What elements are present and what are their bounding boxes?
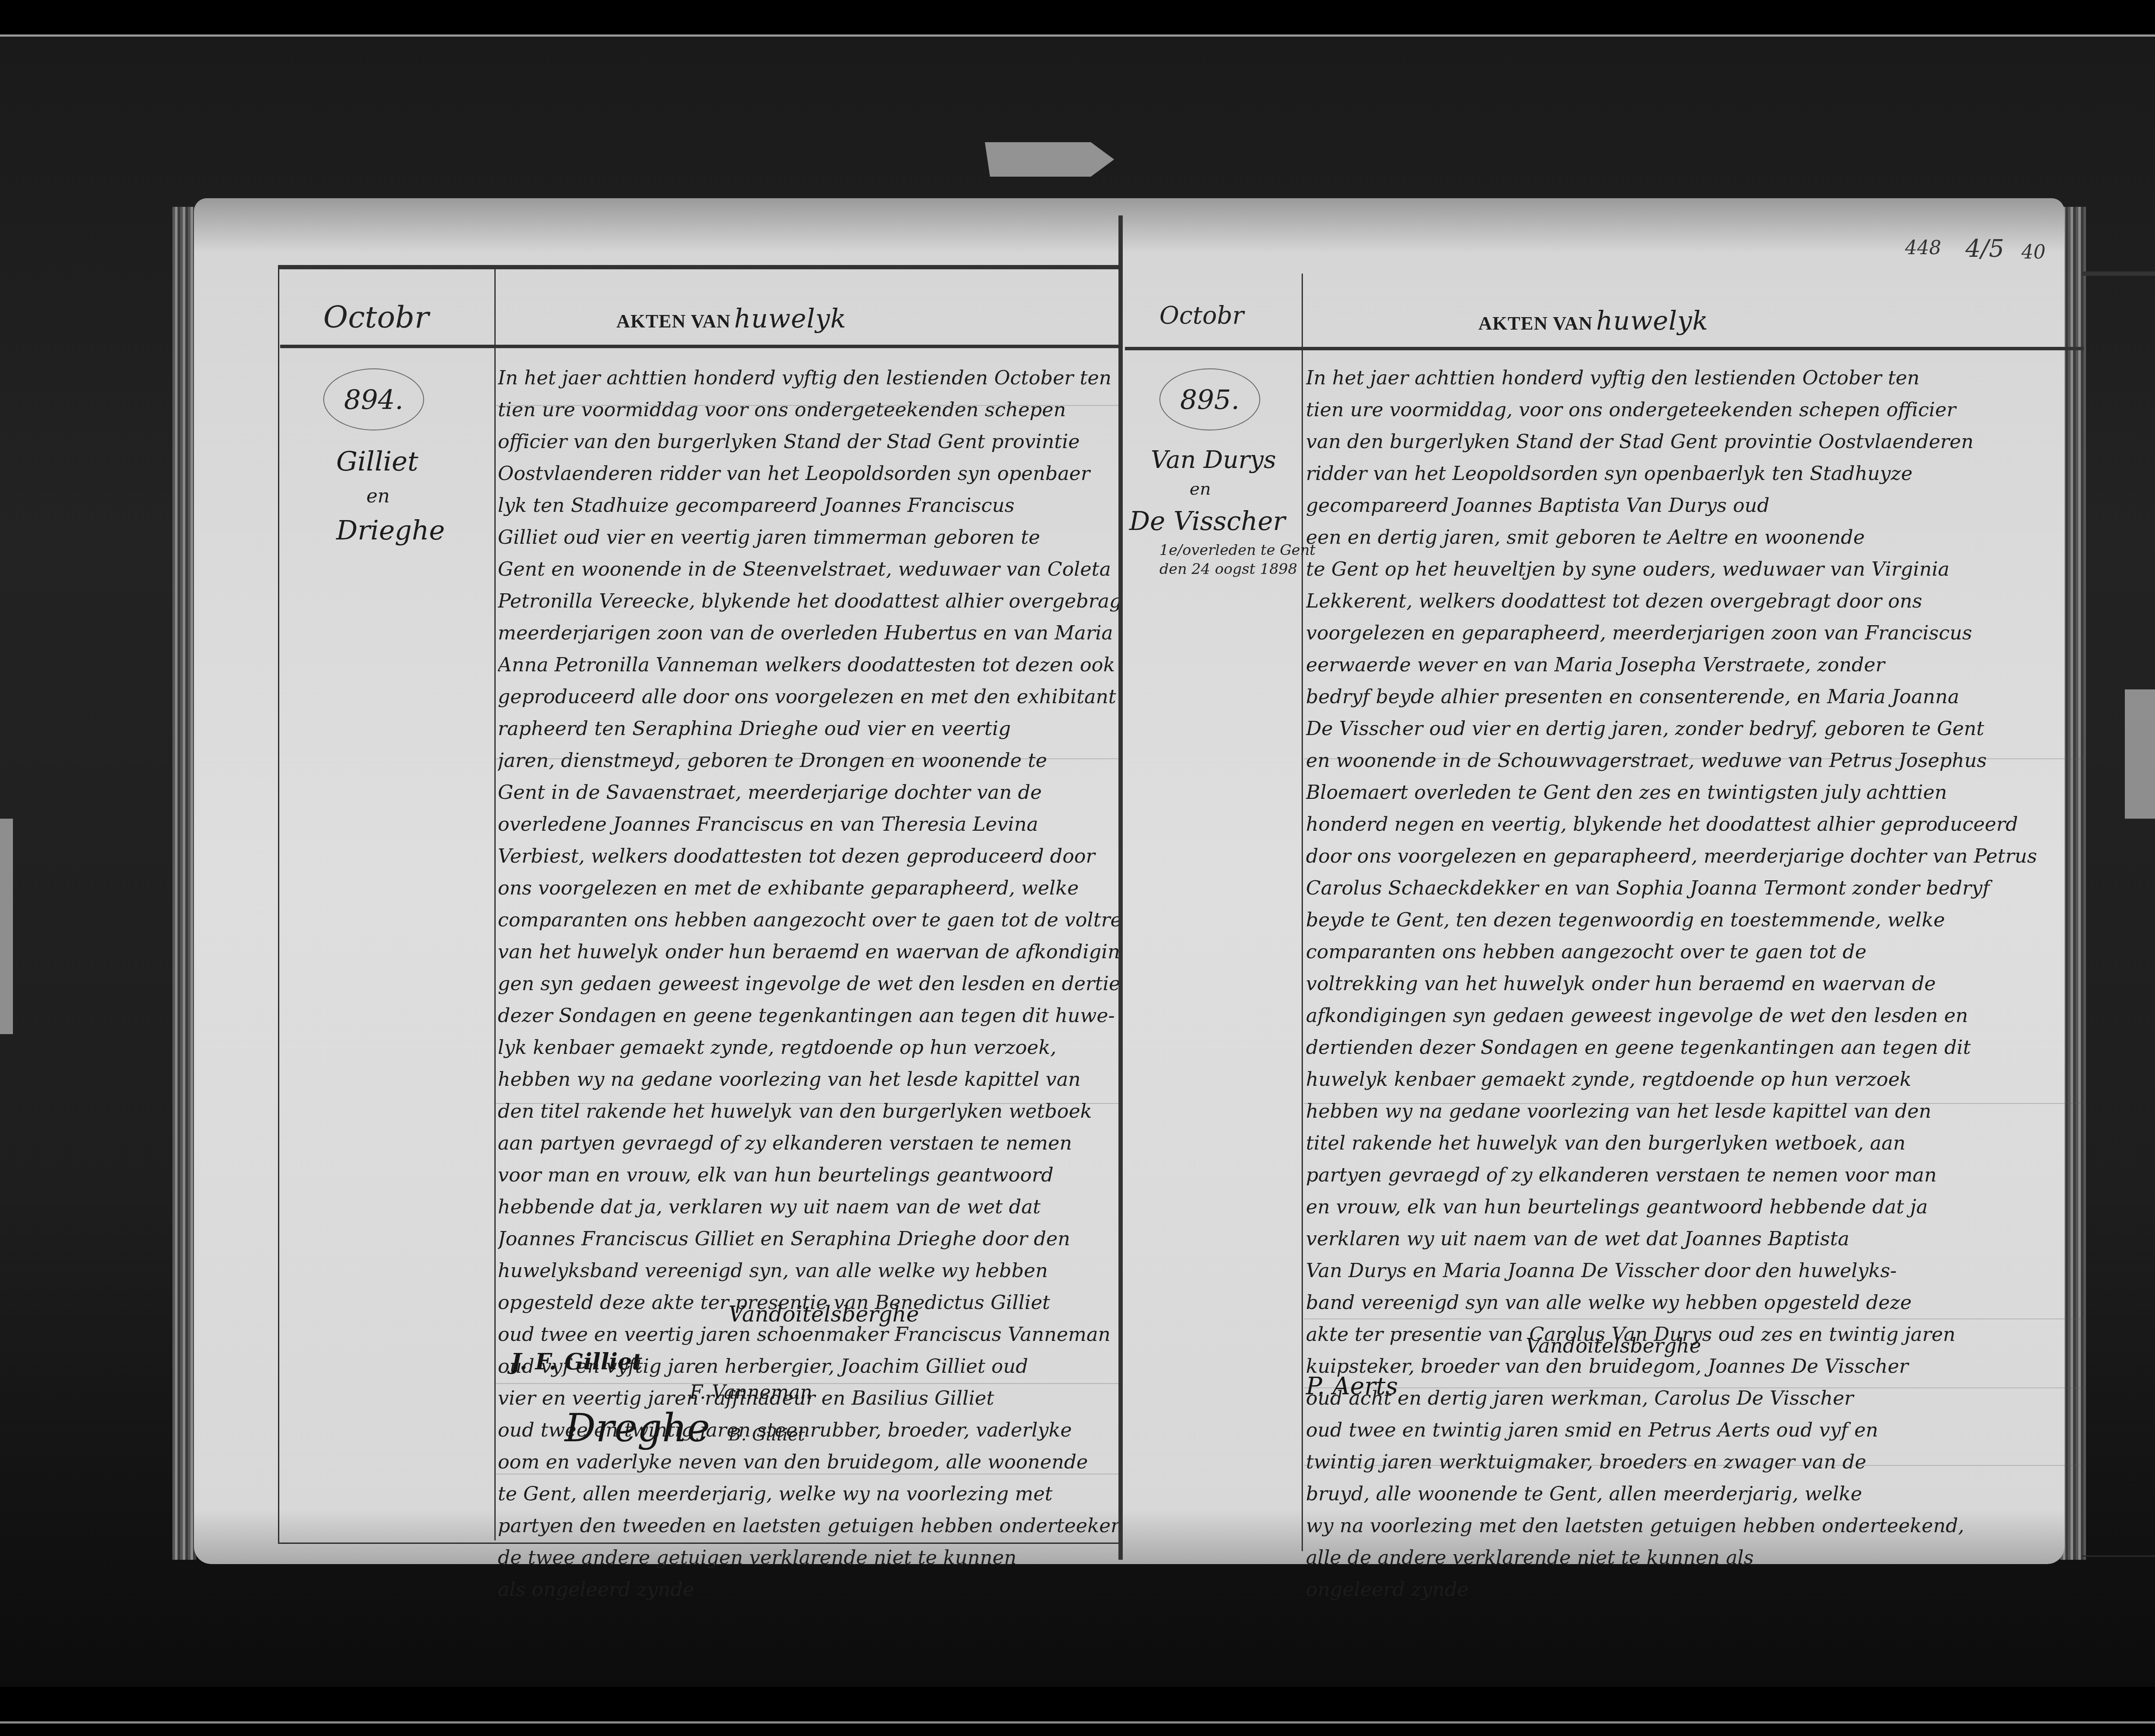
header-title: AKTEN VANhuwelyk bbox=[1478, 306, 1708, 336]
folio-mark-2: 40 bbox=[2021, 241, 2046, 263]
margin-conjunction: en bbox=[366, 487, 390, 506]
margin-bride-surname: Drieghe bbox=[336, 517, 445, 544]
handwritten-title: huwelyk bbox=[1596, 306, 1708, 336]
book-gutter bbox=[1118, 215, 1123, 1560]
bookmark-tab bbox=[985, 142, 1114, 177]
act-number: 895. bbox=[1159, 368, 1260, 430]
right-page: 448 4/5 40 Octobr AKTEN VANhuwelyk 895. … bbox=[1121, 198, 2064, 1564]
margin-bride-surname: De Visscher bbox=[1129, 508, 1285, 534]
header-month: Octobr bbox=[323, 299, 429, 335]
folio-mark: 4/5 bbox=[1965, 235, 2004, 263]
left-clip bbox=[0, 819, 13, 1034]
margin-groom-surname: Van Durys bbox=[1151, 448, 1276, 472]
scan-border-bottom bbox=[0, 1721, 2155, 1724]
header-divider bbox=[1125, 347, 2084, 350]
act-body-text: In het jaer achttien honderd vyftig den … bbox=[1306, 362, 2082, 1605]
act-number: 894. bbox=[323, 368, 424, 430]
right-page-frame bbox=[2082, 271, 2155, 1557]
handwritten-title: huwelyk bbox=[734, 304, 846, 334]
signature-witness: P. Aerts bbox=[1306, 1374, 1398, 1399]
signature-officer: Vandoitelsberghe bbox=[1526, 1336, 1701, 1356]
printed-title: AKTEN VAN bbox=[1478, 313, 1593, 334]
left-page-edges bbox=[172, 207, 196, 1560]
signature-witness-2: B. Gilliet bbox=[728, 1426, 805, 1443]
margin-groom-surname: Gilliet bbox=[336, 448, 418, 475]
margin-annotation: 1e/overleden te Gent den 24 oogst 1898 bbox=[1159, 541, 1315, 579]
margin-column-line bbox=[1302, 274, 1303, 1551]
header-divider bbox=[280, 345, 1129, 348]
header-title: AKTEN VANhuwelyk bbox=[616, 304, 846, 334]
margin-column-line bbox=[494, 267, 496, 1540]
printed-title: AKTEN VAN bbox=[616, 311, 731, 332]
margin-conjunction: en bbox=[1190, 480, 1211, 498]
signature-officer: Vandoitelsberghe bbox=[728, 1303, 919, 1325]
header-month: Octobr bbox=[1159, 302, 1244, 330]
left-page: Octobr AKTEN VANhuwelyk 894. Gilliet en … bbox=[194, 198, 1121, 1564]
open-register-book: Octobr AKTEN VANhuwelyk 894. Gilliet en … bbox=[168, 198, 2086, 1564]
signature-witness-1: F. Vanneman bbox=[690, 1383, 812, 1402]
folio-number: 448 bbox=[1905, 237, 1941, 259]
signature-bride: Dreghe bbox=[565, 1409, 710, 1448]
signature-groom: J. F. Gilliet bbox=[511, 1351, 642, 1373]
